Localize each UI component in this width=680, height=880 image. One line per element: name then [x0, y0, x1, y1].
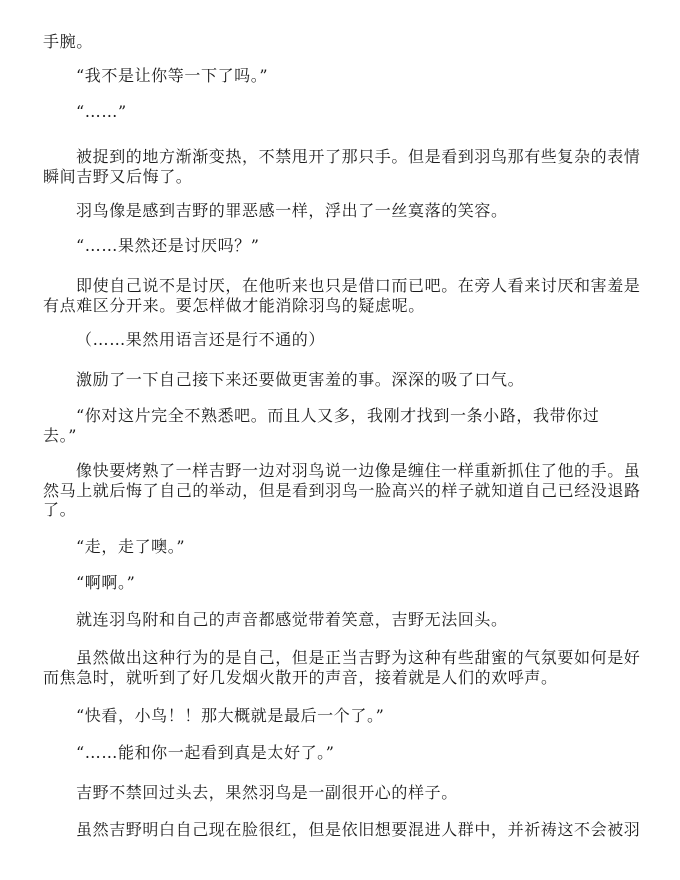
text-line: 激励了一下自己接下来还要做更害羞的事。深深的吸了口气。: [76, 370, 662, 390]
text-line: “快看，小鸟！！那大概就是最后一个了。”: [76, 706, 662, 726]
text-line: 而焦急时，就听到了好几发烟火散开的声音，接着就是人们的欢呼声。: [43, 668, 629, 688]
paragraph: “啊啊。”: [76, 573, 662, 593]
paragraph: “我不是让你等一下了吗。”: [76, 66, 662, 86]
paragraph: 吉野不禁回过头去，果然羽鸟是一副很开心的样子。: [76, 783, 662, 803]
text-line: “我不是让你等一下了吗。”: [76, 66, 662, 86]
paragraph: “走，走了噢。”: [76, 537, 662, 557]
paragraph: “……果然还是讨厌吗？”: [76, 236, 662, 256]
text-line: “……能和你一起看到真是太好了。”: [76, 743, 662, 763]
text-line: 即使自己说不是讨厌，在他听来也只是借口而已吧。在旁人看来讨厌和害羞是: [43, 276, 629, 296]
text-line: “走，走了噢。”: [76, 537, 662, 557]
text-line: 有点难区分开来。要怎样做才能消除羽鸟的疑虑呢。: [43, 296, 629, 316]
paragraph: 即使自己说不是讨厌，在他听来也只是借口而已吧。在旁人看来讨厌和害羞是 有点难区分…: [43, 276, 629, 315]
paragraph: （……果然用语言还是行不通的）: [76, 330, 662, 350]
paragraph: 像快要烤熟了一样吉野一边对羽鸟说一边像是缠住一样重新抓住了他的手。虽 然马上就后…: [43, 461, 629, 520]
text-line: （……果然用语言还是行不通的）: [76, 330, 662, 350]
paragraph: 虽然做出这种行为的是自己，但是正当吉野为这种有些甜蜜的气氛要如何是好 而焦急时，…: [43, 648, 629, 687]
text-line: 瞬间吉野又后悔了。: [43, 167, 629, 187]
text-line: 虽然吉野明白自己现在脸很红，但是依旧想要混进人群中，并祈祷这不会被羽: [76, 820, 662, 840]
paragraph: 羽鸟像是感到吉野的罪恶感一样，浮出了一丝寞落的笑容。: [76, 201, 662, 221]
paragraph: “快看，小鸟！！那大概就是最后一个了。”: [76, 706, 662, 726]
text-line: 去。”: [43, 426, 629, 446]
text-line: 被捉到的地方渐渐变热，不禁甩开了那只手。但是看到羽鸟那有些复杂的表情: [43, 147, 629, 167]
text-line: 虽然做出这种行为的是自己，但是正当吉野为这种有些甜蜜的气氛要如何是好: [43, 648, 629, 668]
paragraph: “你对这片完全不熟悉吧。而且人又多，我刚才找到一条小路，我带你过 去。”: [43, 406, 629, 445]
text-line: “……果然还是讨厌吗？”: [76, 236, 662, 256]
paragraph: 虽然吉野明白自己现在脸很红，但是依旧想要混进人群中，并祈祷这不会被羽: [76, 820, 662, 840]
text-line: “你对这片完全不熟悉吧。而且人又多，我刚才找到一条小路，我带你过: [43, 406, 629, 426]
text-line: 吉野不禁回过头去，果然羽鸟是一副很开心的样子。: [76, 783, 662, 803]
paragraph: 激励了一下自己接下来还要做更害羞的事。深深的吸了口气。: [76, 370, 662, 390]
text-line: “啊啊。”: [76, 573, 662, 593]
text-line: 然马上就后悔了自己的举动，但是看到羽鸟一脸高兴的样子就知道自己已经没退路: [43, 481, 629, 501]
text-line: 就连羽鸟附和自己的声音都感觉带着笑意，吉野无法回头。: [76, 610, 662, 630]
document-page: 手腕。 “我不是让你等一下了吗。” “……” 被捉到的地方渐渐变热，不禁甩开了那…: [0, 0, 680, 880]
paragraph: “……”: [76, 102, 662, 122]
paragraph: 就连羽鸟附和自己的声音都感觉带着笑意，吉野无法回头。: [76, 610, 662, 630]
paragraph: 被捉到的地方渐渐变热，不禁甩开了那只手。但是看到羽鸟那有些复杂的表情 瞬间吉野又…: [43, 147, 629, 186]
paragraph: “……能和你一起看到真是太好了。”: [76, 743, 662, 763]
text-line: “……”: [76, 102, 662, 122]
text-line: 像快要烤熟了一样吉野一边对羽鸟说一边像是缠住一样重新抓住了他的手。虽: [43, 461, 629, 481]
text-line: 了。: [43, 500, 629, 520]
text-line: 羽鸟像是感到吉野的罪恶感一样，浮出了一丝寞落的笑容。: [76, 201, 662, 221]
text-line: 手腕。: [43, 32, 629, 52]
paragraph: 手腕。: [43, 32, 629, 52]
